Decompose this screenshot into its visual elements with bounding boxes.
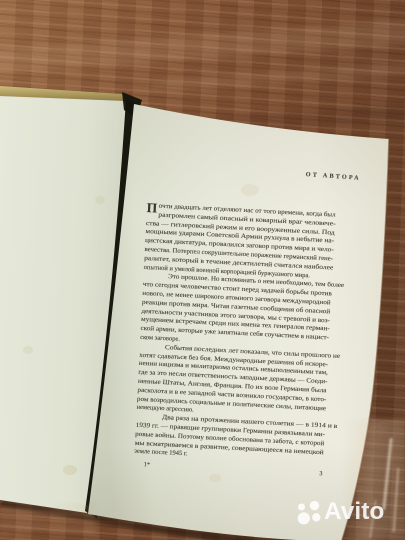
photo-of-open-book: ОТ АВТОРА П очти двадцать лет отделяют н… (0, 0, 405, 540)
page-stain (23, 346, 33, 354)
paragraph: очти двадцать лет отделяют нас от того в… (143, 202, 335, 282)
body-text: очти двадцать лет отделяют нас от того в… (134, 202, 336, 466)
paragraph: Два раза на протяжении нашего столетия —… (134, 413, 325, 466)
signature-mark: 1* (144, 461, 151, 468)
avito-watermark: Avito (292, 496, 384, 527)
page-text-column: П очти двадцать лет отделяют нас от того… (134, 202, 336, 477)
paragraph: Это прошлое. Но вспоминать о нем необход… (140, 272, 332, 352)
avito-logo-icon (292, 496, 323, 527)
page-stain (209, 474, 221, 482)
drop-cap: П (146, 202, 157, 215)
paragraph: События последних лет показали, что силы… (136, 343, 328, 423)
page-stain (63, 465, 77, 475)
page-number: 3 (319, 470, 323, 477)
avito-wordmark: Avito (324, 498, 384, 526)
wood-scuff-streaks (0, 506, 95, 534)
page-stain (241, 184, 259, 196)
page-stain (95, 196, 105, 204)
